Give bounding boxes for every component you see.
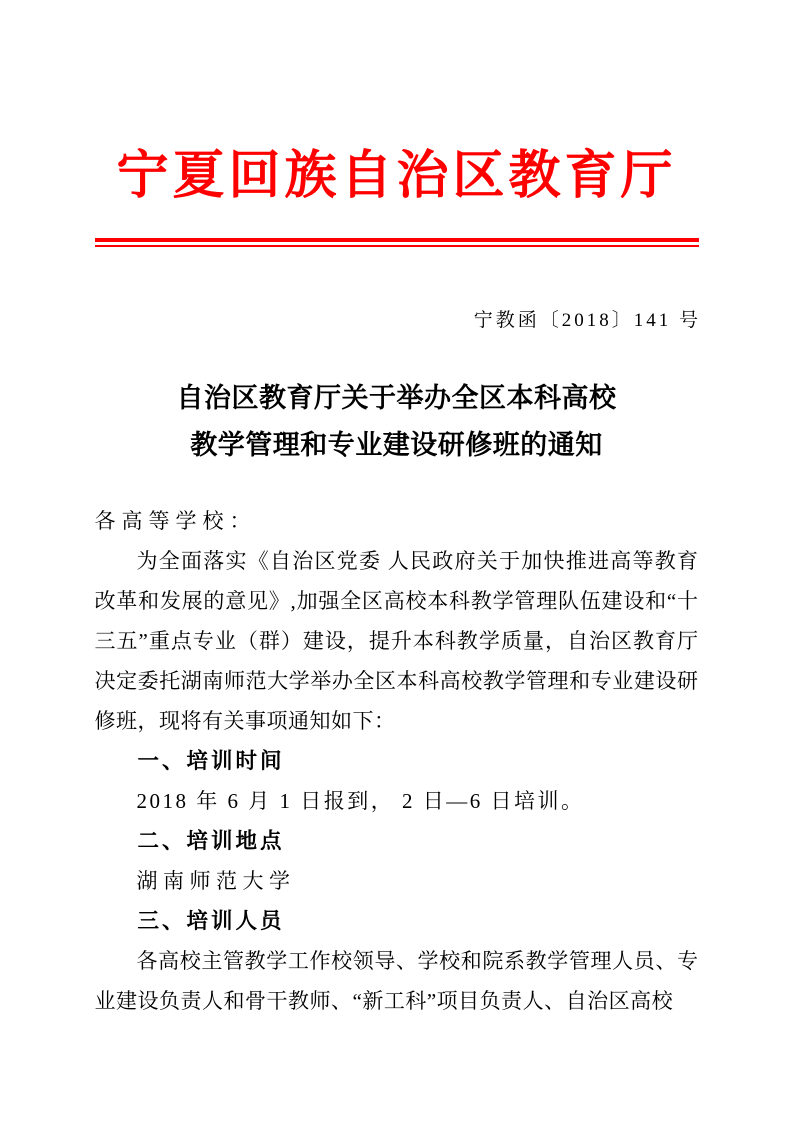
divider-thick-rule [95,238,699,242]
section-3-heading: 三、培训人员 [95,901,699,941]
section-1-heading: 一、培训时间 [95,741,699,781]
section-2-content: 湖南师范大学 [95,861,699,901]
letterhead-divider [95,238,699,247]
section-1-content: 2018 年 6 月 1 日报到， 2 日—6 日培训。 [95,781,699,821]
letterhead: 宁夏回族自治区教育厅 [0,140,793,212]
notice-title: 自治区教育厅关于举办全区本科高校 教学管理和专业建设研修班的通知 [0,375,793,469]
section-3-content: 各高校主管教学工作校领导、学校和院系教学管理人员、专业建设负责人和骨干教师、“新… [95,941,699,1021]
section-2-heading: 二、培训地点 [95,821,699,861]
notice-title-line1: 自治区教育厅关于举办全区本科高校 [0,375,793,422]
divider-thin-rule [95,245,699,247]
salutation: 各高等学校： [95,501,699,541]
intro-paragraph: 为全面落实《自治区党委 人民政府关于加快推进高等教育改革和发展的意见》,加强全区… [95,541,699,741]
document-number: 宁教函〔2018〕141 号 [0,307,701,335]
document-page: 宁夏回族自治区教育厅 宁教函〔2018〕141 号 自治区教育厅关于举办全区本科… [0,0,793,1122]
letterhead-org-name: 宁夏回族自治区教育厅 [0,140,793,212]
notice-title-line2: 教学管理和专业建设研修班的通知 [0,422,793,469]
notice-body: 各高等学校： 为全面落实《自治区党委 人民政府关于加快推进高等教育改革和发展的意… [95,501,699,1021]
